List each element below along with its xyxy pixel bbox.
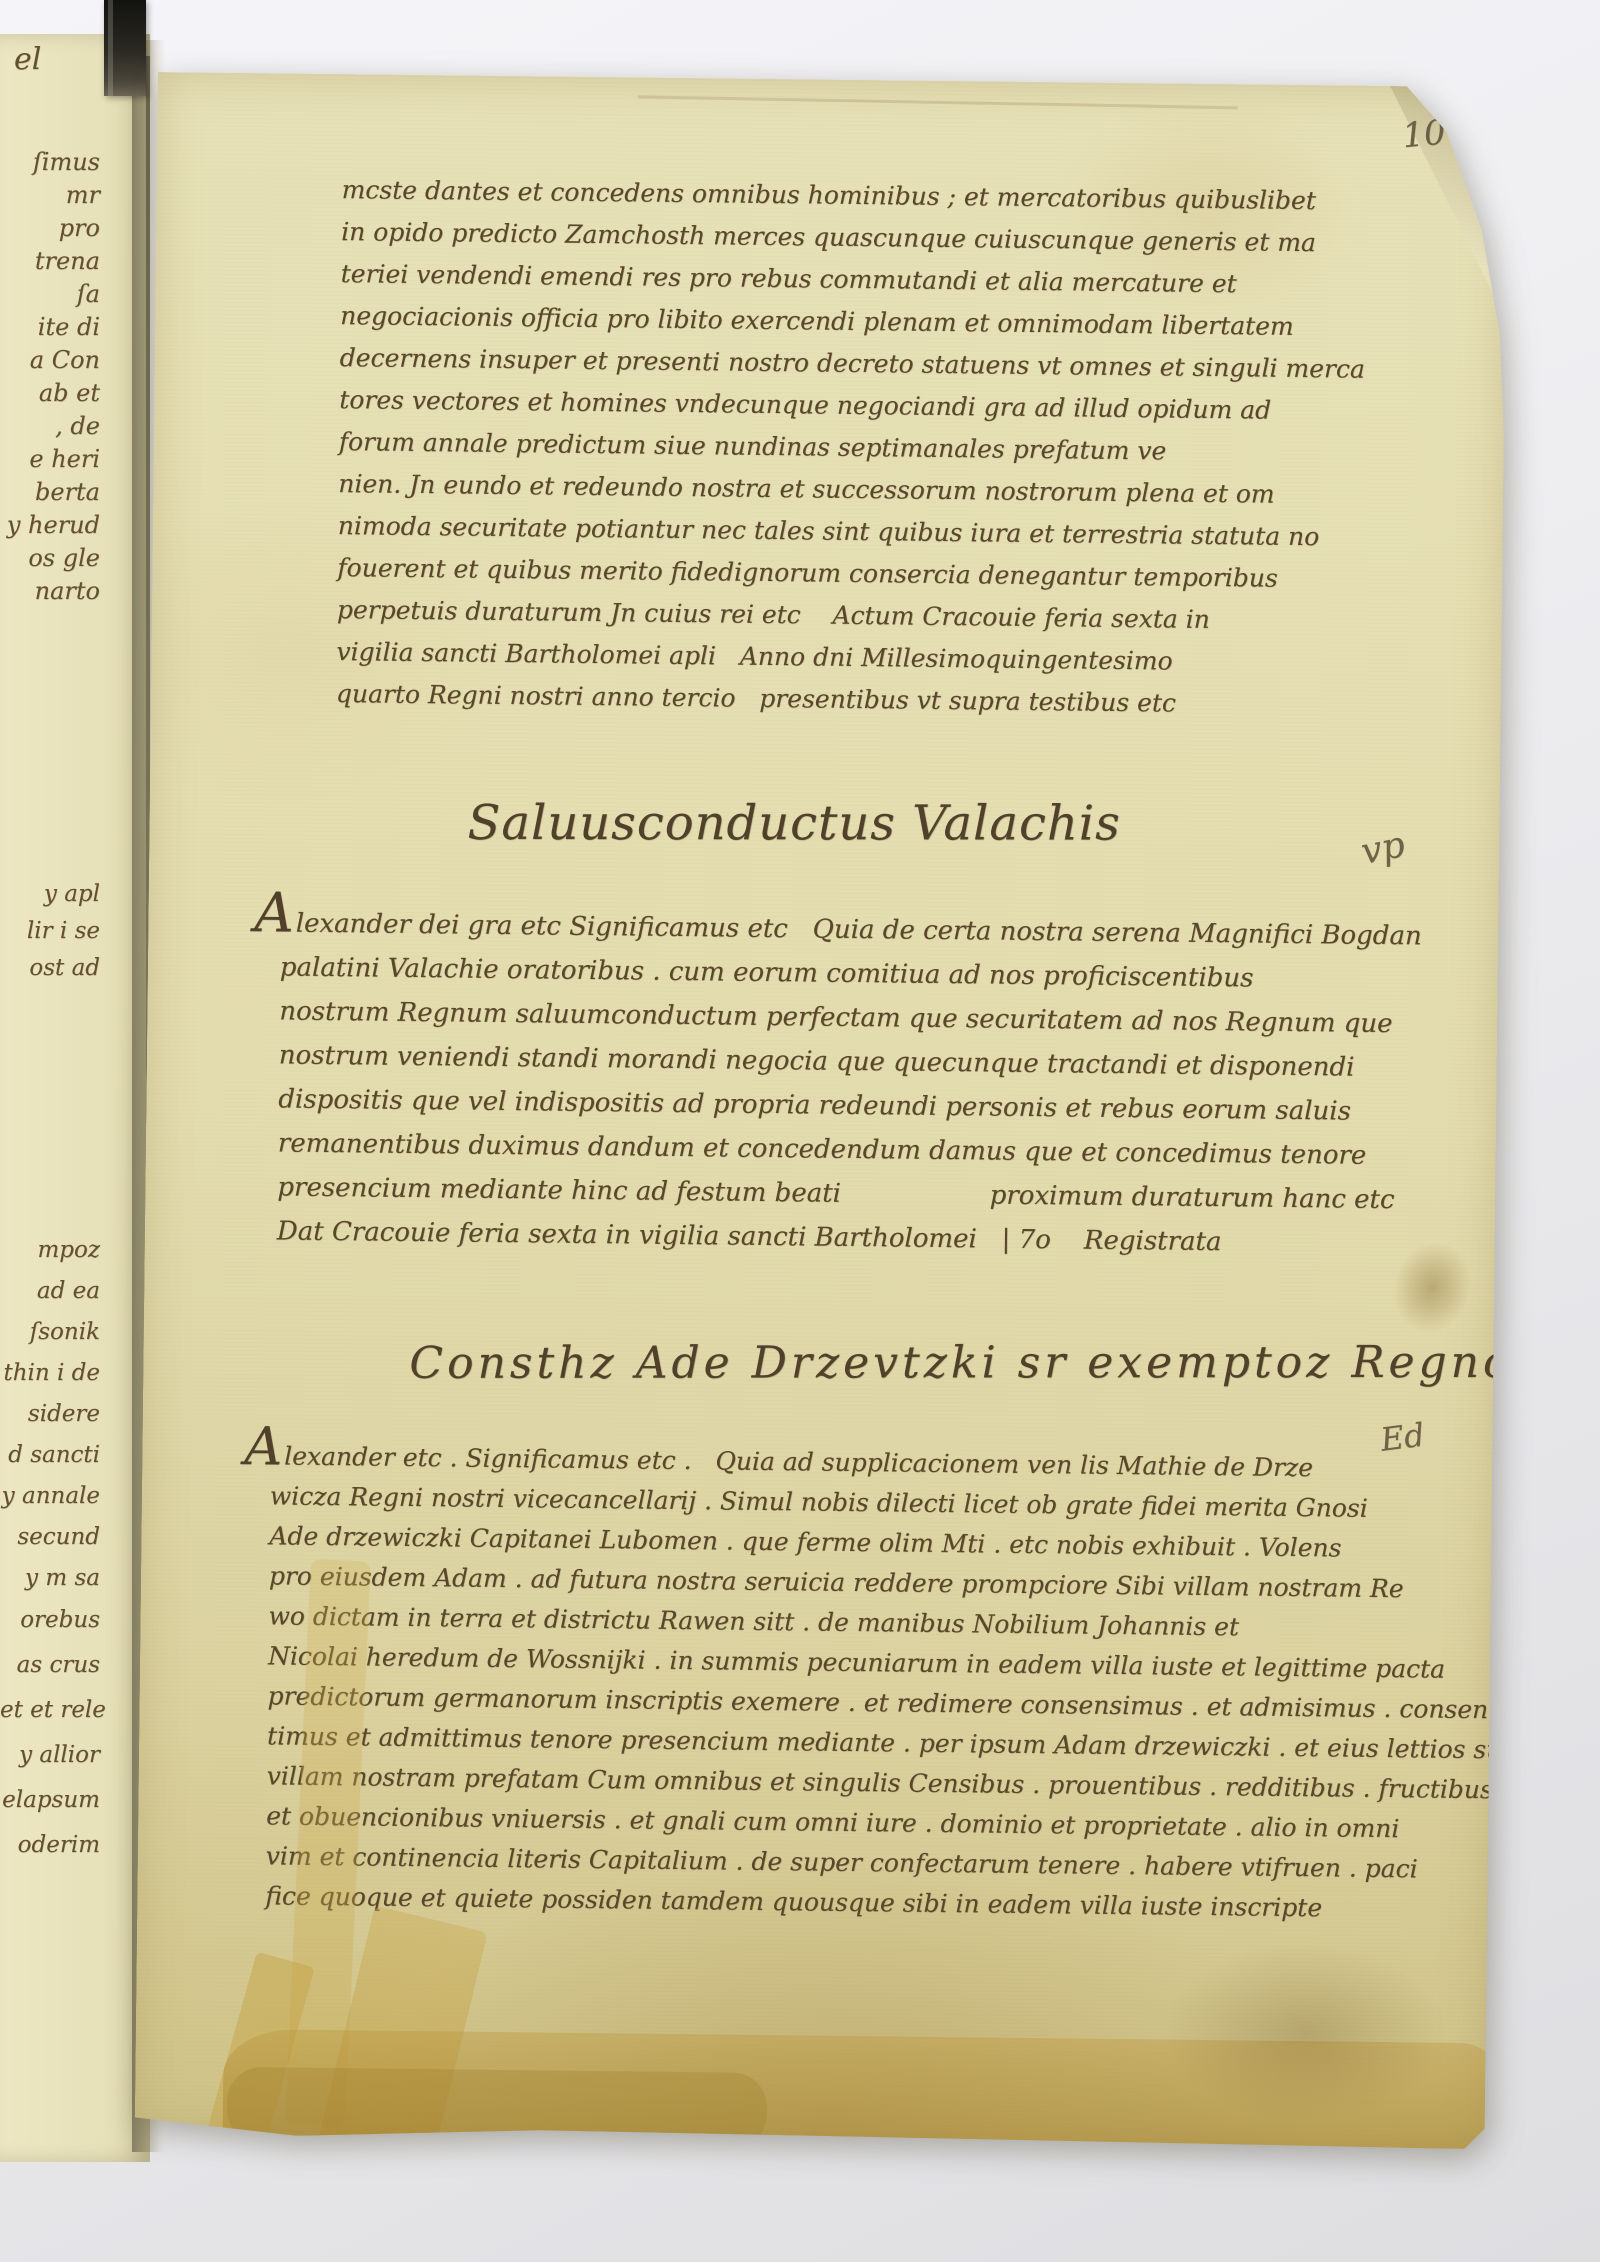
facing-page-text-fragment: y herud <box>0 509 100 542</box>
binding-clasp <box>104 0 146 96</box>
section-heading-salvusconductus: Saluusconductus Valachis <box>467 795 1120 852</box>
margin-mark-vp: vp <box>1358 824 1409 873</box>
manuscript-page-wrap: 10 mcste dantes et concedens omnibus hom… <box>158 72 1508 2134</box>
text-block-consensus: Alexander etc . Significamus etc . Quia … <box>265 1431 1400 1929</box>
facing-page-text-fragment: y annale <box>0 1476 100 1517</box>
facing-page-text-fragment: narto <box>0 575 100 608</box>
page-number: 10 <box>1401 112 1448 156</box>
facing-page-text-fragment: secund <box>0 1517 100 1558</box>
facing-page-text-fragment: e heri <box>0 443 100 476</box>
facing-page-text-fragment: ſimus <box>0 146 100 179</box>
facing-page-text-fragment: as crus <box>0 1643 100 1688</box>
facing-page-text-fragment: ost ad <box>0 950 100 987</box>
facing-page-text-fragment: mpoz <box>0 1230 100 1271</box>
facing-page-text-fragment: et et rele <box>0 1688 100 1733</box>
facing-page-text-fragment: os gle <box>0 542 100 575</box>
paper-crease <box>638 95 1238 109</box>
facing-page-text-fragment: ab et <box>0 377 100 410</box>
facing-page-text-fragment: orebus <box>0 1598 100 1643</box>
facing-page-text-fragment: y m sa <box>0 1558 100 1599</box>
facing-page-text-fragment: ite di <box>0 311 100 344</box>
bottom-right-discoloration <box>1114 1911 1497 2149</box>
manuscript-page: 10 mcste dantes et concedens omnibus hom… <box>135 72 1508 2149</box>
facing-page-text-fragment: mr <box>0 179 100 212</box>
facing-page-text-fragment: d sancti <box>0 1435 100 1476</box>
facing-page-text-fragment: sidere <box>0 1394 100 1435</box>
facing-page-text-fragment: y apl <box>0 876 100 913</box>
facing-page-text-fragment: berta <box>0 476 100 509</box>
text-block-continuation: mcste dantes et concedens omnibus homini… <box>336 169 1342 726</box>
facing-page-text-fragment: lir i se <box>0 913 100 950</box>
manuscript-photo: el ſimusmrprotrenaſaite dia Conab et, de… <box>0 0 1600 2262</box>
facing-page-fragments-mid: y apllir i seost ad <box>0 876 100 987</box>
facing-page-text-fragment: pro <box>0 212 100 245</box>
facing-page-text-fragment: oderim <box>0 1823 100 1868</box>
facing-page-text-fragment: ſa <box>0 278 100 311</box>
facing-page-fragments-bottom: orebusas cruset et reley alliorelapsumod… <box>0 1598 100 1868</box>
facing-page-text-fragment: elapsum <box>0 1778 100 1823</box>
facing-page-fragments-lower: mpozad eaſsonikthin i desidered sanctiy … <box>0 1230 100 1599</box>
facing-page-corner-fragment: el <box>14 42 41 77</box>
facing-page-edge: el ſimusmrprotrenaſaite dia Conab et, de… <box>0 34 150 2162</box>
facing-page-text-fragment: trena <box>0 245 100 278</box>
facing-page-text-fragment: ad ea <box>0 1271 100 1312</box>
facing-page-fragments-top: ſimusmrprotrenaſaite dia Conab et, dee h… <box>0 146 100 608</box>
facing-page-text-fragment: , de <box>0 410 100 443</box>
facing-page-text-fragment: a Con <box>0 344 100 377</box>
facing-page-text-fragment: y allior <box>0 1733 100 1778</box>
facing-page-text-fragment: thin i de <box>0 1353 100 1394</box>
section-heading-consensus: Consthz Ade Drzevtzki sr exemptoz Regnov <box>409 1337 1508 1389</box>
tape-band-bottom-dark <box>227 2067 768 2149</box>
facing-page-text-fragment: ſsonik <box>0 1312 100 1353</box>
text-block-salvusconductus: Alexander dei gra etc Significamus etc Q… <box>277 896 1411 1266</box>
